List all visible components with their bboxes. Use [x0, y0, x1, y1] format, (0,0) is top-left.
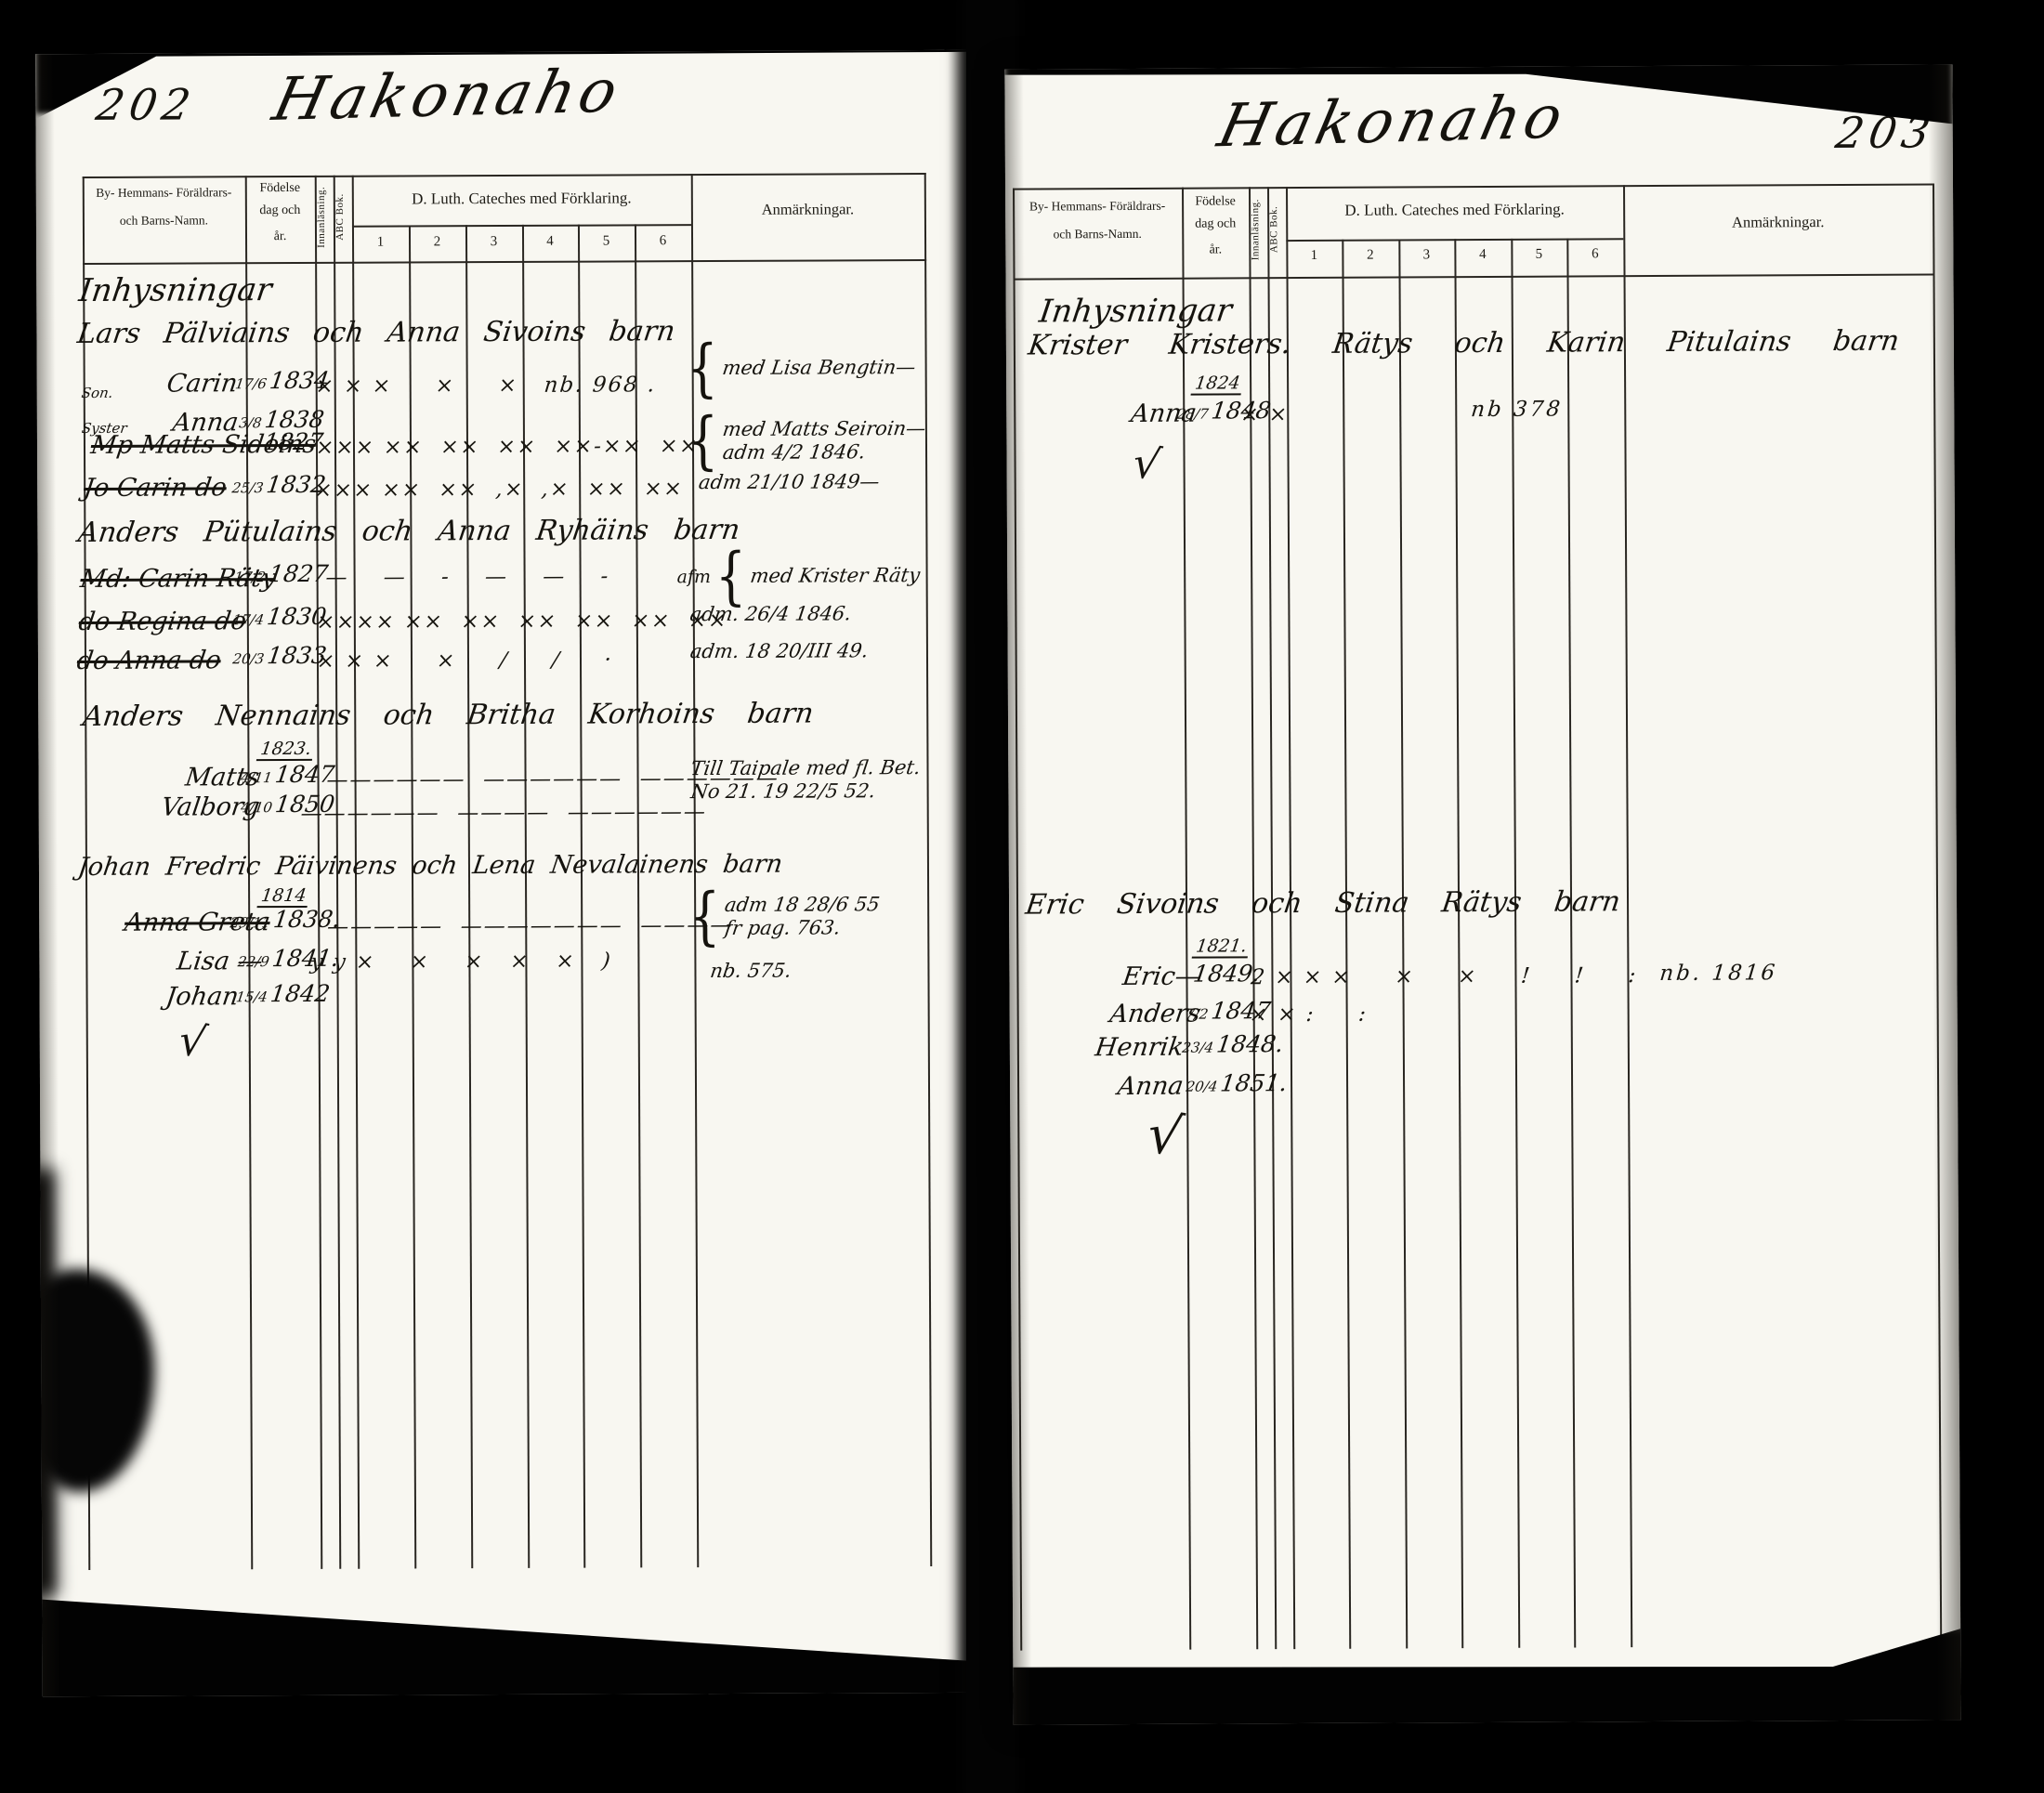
- table-rule: [1511, 239, 1520, 1648]
- birth-date: 20/41851.: [1185, 1071, 1289, 1096]
- child-name: Eric—: [1121, 964, 1202, 991]
- child-name: Carin: [165, 371, 240, 398]
- child-name: Johan: [164, 984, 241, 1011]
- grade-marks: × × × × × nb. 968 .: [314, 373, 657, 399]
- birth-date: 4/111847: [240, 763, 336, 788]
- grade-marks: ————— ——————— ————: [326, 913, 735, 939]
- grade-column-1: 1: [1286, 248, 1342, 265]
- grade-marks: × × : :: [1248, 1002, 1369, 1027]
- birth-date: 25/31832: [230, 473, 327, 498]
- notation: nb 378: [1470, 398, 1564, 423]
- column-header-reading: Innanläsning.: [316, 177, 333, 257]
- section-heading: Inhysningar: [1037, 294, 1234, 329]
- grade-column-1: 1: [352, 234, 409, 251]
- table-rule: [1398, 239, 1408, 1648]
- grade-column-6: 6: [1566, 246, 1623, 263]
- table-rule: [1933, 183, 1942, 1645]
- column-header-names-line2: och Barns-Namn.: [83, 213, 245, 228]
- child-name-crossed-out: Jo Carin do: [82, 475, 228, 502]
- birth-date: 17/21827: [233, 562, 330, 587]
- remark: afm{med Krister Räty: [676, 552, 920, 601]
- remark: adm 21/10 1849—: [699, 470, 879, 494]
- column-header-abc-book: ABC Bok.: [1268, 190, 1285, 269]
- brace-mark: {: [687, 337, 717, 400]
- village-title: Hakonaho: [267, 58, 628, 135]
- column-header-birth-line3: år.: [245, 229, 315, 244]
- remark: adm. 18 20/III 49.: [690, 639, 868, 663]
- column-header-birth-line1: Födelse: [1182, 194, 1249, 209]
- column-header-reading: Innanläsning.: [1250, 190, 1266, 269]
- grade-marks: 2 × × × × × ! ! :: [1250, 963, 1639, 989]
- grade-column-2: 2: [409, 234, 465, 251]
- table-rule: [1454, 239, 1463, 1648]
- grade-marks: ×××× ×× ×× ×× ×× ×× ××: [316, 609, 729, 635]
- right-page: Hakonaho 203 By- Hemmans- Föräldrars- oc…: [1004, 64, 1960, 1724]
- grade-marks: —————— ———— ——————: [299, 800, 708, 826]
- table-rule: [1566, 239, 1576, 1648]
- village-title: Hakonaho: [1212, 84, 1573, 162]
- family-heading: Krister Kristers. Rätys och Karin Pitula…: [1027, 327, 1901, 360]
- column-header-names-line1: By- Hemmans- Föräldrars-: [83, 185, 245, 200]
- family-heading: Johan Fredric Päivinens och Lena Nevalai…: [76, 852, 784, 882]
- parent-birth-year: 1814: [256, 885, 310, 908]
- table-rule: [1013, 189, 1022, 1651]
- column-header-birth-line1: Födelse: [245, 181, 315, 196]
- table-rule: [83, 259, 926, 265]
- grade-column-2: 2: [1342, 247, 1398, 264]
- table-rule: [1013, 183, 1934, 190]
- remark-prefix: afm: [677, 567, 711, 587]
- family-heading: Anders Pütulains och Anna Ryhäins barn: [76, 516, 741, 548]
- child-name: Henrik: [1094, 1035, 1186, 1062]
- remark: {med Lisa Bengtin—: [688, 344, 916, 393]
- checkmark: √: [1129, 437, 1164, 491]
- table-rule: [1623, 185, 1632, 1647]
- column-header-abc-book: ABC Bok.: [334, 177, 351, 257]
- child-name-crossed-out: do Regina do: [77, 609, 248, 635]
- parent-birth-year: 1821.: [1192, 936, 1251, 958]
- table-rule: [1014, 273, 1935, 280]
- family-heading: Anders Nennains och Britha Korhoins barn: [81, 700, 815, 732]
- table-rule: [924, 173, 933, 1566]
- relation-prefix: Son.: [81, 386, 114, 401]
- grade-marks: × ×: [1239, 402, 1290, 426]
- column-header-birth-line2: dag och: [245, 203, 315, 218]
- left-page: 202 Hakonaho By- Hemmans- Föräldrars- oc…: [35, 50, 979, 1696]
- brace-mark: {: [689, 885, 720, 949]
- column-header-names-line1: By- Hemmans- Föräldrars-: [1013, 199, 1182, 214]
- child-name: Anna: [1116, 1074, 1185, 1101]
- table-rule: [1342, 240, 1351, 1649]
- scan-shadow-bottom: [1004, 1623, 1960, 1724]
- remark: {med Matts Seiroin—adm 4/2 1846.: [688, 416, 926, 465]
- birth-date: 17/41830: [231, 605, 328, 630]
- remark: {adm 18 28/6 55fr pag. 763.: [689, 892, 880, 941]
- brace-mark: {: [715, 545, 746, 609]
- grade-column-4: 4: [1454, 247, 1511, 264]
- birth-date: 23/41848.: [1181, 1032, 1285, 1057]
- grade-marks: ××× ×× ×× ,× ,× ×× ××: [313, 477, 685, 503]
- remark: nb. 575.: [710, 960, 791, 984]
- parent-birth-year: 1824: [1190, 373, 1244, 395]
- checkmark: √: [175, 1014, 210, 1067]
- checkmark: √: [1143, 1101, 1187, 1169]
- grade-column-5: 5: [1511, 247, 1566, 264]
- column-header-remarks: Anmärkningar.: [691, 201, 924, 219]
- column-header-names-line2: och Barns-Namn.: [1013, 227, 1182, 242]
- child-name-crossed-out: do Anna do: [75, 648, 222, 674]
- grade-marks: y y × × × × × ): [309, 949, 613, 975]
- grade-column-3: 3: [465, 234, 522, 251]
- remark: adm. 26/4 1846.: [690, 602, 851, 626]
- grade-column-5: 5: [578, 233, 635, 250]
- column-header-cateches: D. Luth. Cateches med Förklaring.: [352, 189, 691, 208]
- table-rule: [635, 224, 642, 1567]
- birth-date: 20/31833: [231, 644, 328, 669]
- table-rule: [578, 225, 585, 1568]
- table-rule: [522, 225, 530, 1568]
- grade-marks: × × × × / / ·: [316, 648, 614, 673]
- family-heading: Eric Sivoins och Stina Rätys barn: [1024, 887, 1622, 920]
- birth-date: 29/111838.: [229, 908, 341, 933]
- column-header-remarks: Anmärkningar.: [1623, 213, 1933, 232]
- scan-shadow-bottom: [35, 1566, 979, 1697]
- table-rule: [465, 225, 473, 1568]
- grade-marks: — — - — — -: [324, 565, 610, 590]
- table-rule: [83, 173, 926, 178]
- column-header-birth-line3: år.: [1182, 242, 1249, 257]
- column-header-birth-line2: dag och: [1182, 216, 1249, 231]
- remark: Till Taipale med fl. Bet.No 21. 19 22/5 …: [690, 756, 920, 804]
- column-header-cateches: D. Luth. Cateches med Förklaring.: [1286, 200, 1623, 219]
- parent-birth-year: 1823.: [256, 739, 316, 761]
- table-rule: [409, 225, 416, 1568]
- section-heading: Inhysningar: [77, 274, 274, 308]
- scanned-church-book-spread: { "colors": { "paper": "#f8f7f1", "ink":…: [0, 0, 2044, 1793]
- grade-column-3: 3: [1398, 247, 1454, 264]
- finger-shadow: [35, 1269, 155, 1493]
- birth-date: 15/41842: [235, 982, 332, 1007]
- grade-column-4: 4: [522, 234, 578, 251]
- grade-column-6: 6: [635, 233, 691, 250]
- grade-marks: ××× ×× ×× ×× ××-×× ××: [315, 434, 701, 460]
- page-number: 202: [93, 79, 200, 130]
- notation: nb. 1816: [1658, 961, 1778, 986]
- brace-mark: {: [688, 410, 718, 473]
- family-heading: Lars Pälviains och Anna Sivoins barn: [75, 317, 676, 348]
